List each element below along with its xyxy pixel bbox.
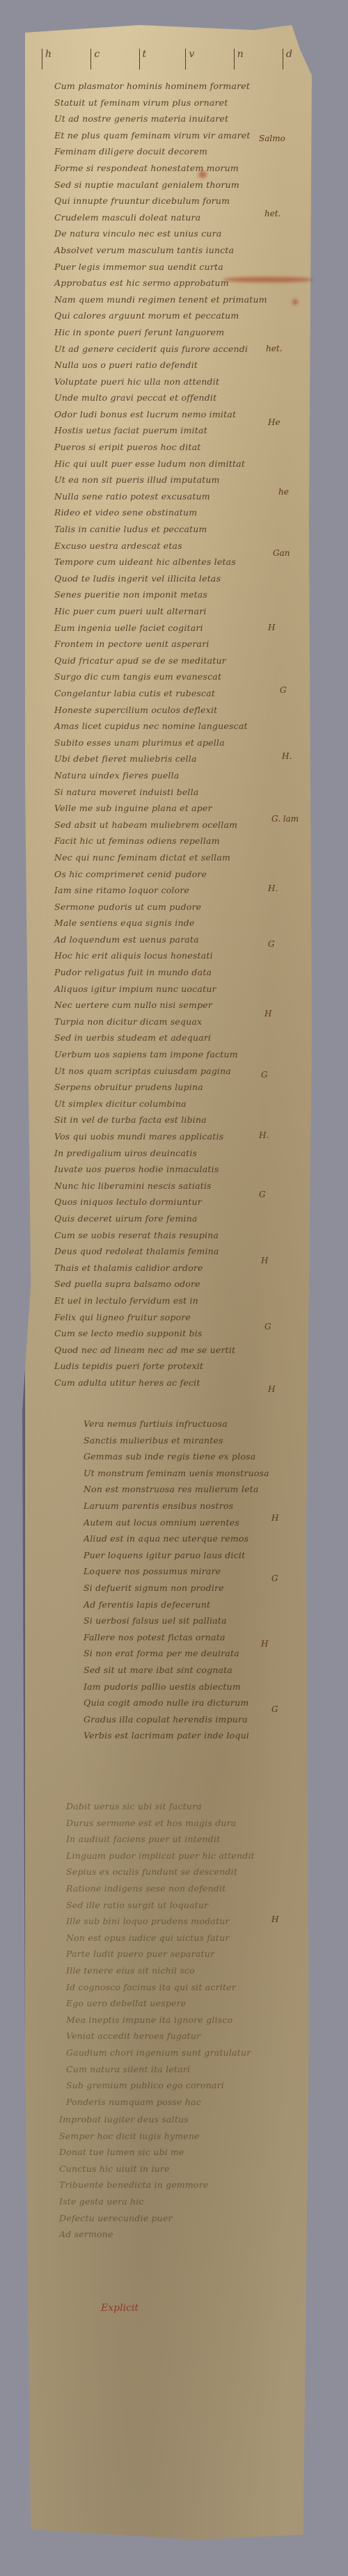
verse-line: Cum natura silent ita letari: [66, 2061, 289, 2078]
verse-line: Ut ea non sit pueris illud imputatum: [54, 472, 277, 488]
verse-line: Ut ad genere ceciderit quis furore accen…: [54, 341, 277, 358]
verse-line: Hic qui uult puer esse ludum non dimitta…: [54, 456, 277, 472]
margin-note: H.: [268, 883, 278, 893]
verse-line: Ut nos quam scriptas cuiusdam pagina: [54, 1063, 277, 1080]
margin-note: H.: [282, 751, 292, 761]
verse-line: Honeste supercilium oculos deflexit: [54, 702, 277, 719]
verse-line: Vera nemus furtiuis infructuosa: [84, 1416, 306, 1432]
verse-line: Odor ludi bonus est lucrum nemo imitat: [54, 406, 277, 423]
verse-line: Forme si respondeat honestatem morum: [54, 160, 277, 177]
verse-line: Semper hoc dicit iugis hymene: [59, 2128, 282, 2145]
verse-line: Nam quem mundi regimen tenent et primatu…: [54, 291, 277, 308]
verse-line: Aliquos igitur impium nunc uocatur: [54, 981, 277, 998]
verse-line: Non est monstruosa res mulierum leta: [84, 1481, 306, 1498]
verse-line: Ut ad nostre generis materia inuitaret: [54, 111, 277, 127]
verse-line: Excuso uestra ardescat etas: [54, 538, 277, 554]
verse-line: Facit hic ut feminas odiens repellam: [54, 833, 277, 849]
verse-line: Cum se lecto medio supponit bis: [54, 1325, 277, 1342]
verse-line: Improbat iugiter deus saltus: [59, 2111, 282, 2128]
verse-line: Serpens obruitur prudens lupina: [54, 1079, 277, 1096]
verse-line: Dabit uerus sic ubi sit factura: [66, 1798, 289, 1815]
verse-line: Eum ingenia uelle faciet cogitari: [54, 620, 277, 637]
margin-note: G. lam: [271, 814, 299, 824]
colophon: Explicit: [101, 2303, 139, 2314]
verse-line: Cum adulta utitur heres ac fecit: [54, 1375, 277, 1391]
verse-line: Nulla uos o pueri ratio defendit: [54, 357, 277, 374]
margin-note: H: [271, 1513, 278, 1523]
verse-line: Quos iniquos lectulo dormiuntur: [54, 1194, 277, 1210]
verse-line: Durus sermone est et hos magis dura: [66, 1815, 289, 1832]
verse-line: Surgo dic cum tangis eum evanescat: [54, 669, 277, 685]
verse-line: Tribuente benedicta in gemmore: [59, 2177, 282, 2193]
margin-note: G: [280, 685, 287, 695]
margin-note: G: [271, 1704, 278, 1714]
verse-line: De natura vinculo nec est unius cura: [54, 225, 277, 242]
verse-line: Quod nec ad lineam nec ad me se uertit: [54, 1342, 277, 1359]
verse-line: Frontem in pectore uenit asperari: [54, 636, 277, 653]
text-section-3: Dabit uerus sic ubi sit facturaDurus ser…: [66, 1798, 289, 2110]
ruling-mark: n: [234, 49, 244, 70]
verse-line: Veniat accedit heroes fugatur: [66, 2028, 289, 2045]
verse-line: Defectu uerecundie puer: [59, 2210, 282, 2227]
verse-line: Turpia non dicitur dicam sequax: [54, 1014, 277, 1030]
verse-line: Sed sit ut mare ibat sint cognata: [84, 1662, 306, 1679]
verse-line: Crudelem masculi doleat natura: [54, 209, 277, 226]
margin-note: H: [271, 1914, 278, 1924]
verse-line: Pudor religatus fuit in mundo data: [54, 964, 277, 981]
verse-line: Amas licet cupidus nec nomine languescat: [54, 718, 277, 735]
verse-line: Os hic comprimeret cenid pudore: [54, 866, 277, 883]
verse-line: Subito esses unam plurimus et apella: [54, 735, 277, 751]
verse-line: Non est opus iudice qui uictus fatur: [66, 1930, 289, 1946]
verse-line: Voluptate pueri hic ulla non attendit: [54, 374, 277, 390]
verse-line: Mea ineptis impune ita ignore glisco: [66, 2012, 289, 2029]
verse-line: Iste gesta uera hic: [59, 2193, 282, 2210]
verse-line: Felix qui ligneo fruitur sopore: [54, 1309, 277, 1326]
verse-line: Ubi debet fieret muliebris cella: [54, 751, 277, 767]
verse-line: Unde multo gravi peccat et offendit: [54, 390, 277, 406]
verse-line: Iuvate uos pueros hodie inmaculatis: [54, 1161, 277, 1178]
margin-note: Salmo: [259, 134, 285, 143]
verse-line: Sed in uerbis studeam et adequari: [54, 1030, 277, 1046]
verse-line: Aliud est in aqua nec uterque remos: [84, 1530, 306, 1547]
margin-note: het.: [266, 344, 282, 353]
verse-line: Fallere nos potest fictas ornata: [84, 1629, 306, 1646]
verse-line: Puer loquens igitur paruo laus dicit: [84, 1547, 306, 1564]
verse-line: Sed puella supra balsamo odore: [54, 1276, 277, 1293]
verse-line: Ego uero debellat uespere: [66, 1995, 289, 2012]
verse-line: Ludis tepidis pueri forte protexit: [54, 1358, 277, 1375]
margin-note: G: [264, 1322, 271, 1331]
verse-line: Gaudium chori ingenium sunt gratulatur: [66, 2045, 289, 2061]
verse-line: Hic in sponte pueri ferunt languorem: [54, 324, 277, 341]
verse-line: Cum plasmator hominis hominem formaret: [54, 78, 277, 95]
verse-line: Donat tue lumen sic ubi me: [59, 2144, 282, 2161]
verse-line: Ratione indigens sese non defendit: [66, 1880, 289, 1897]
verse-line: Ut monstrum feminam uenis monstruosa: [84, 1465, 306, 1482]
verse-line: Congelantur labia cutis et rubescat: [54, 685, 277, 702]
verse-line: Parte ludit puero puer separatur: [66, 1946, 289, 1962]
verse-line: Nec qui nunc feminam dictat et sellam: [54, 849, 277, 866]
verse-line: Sed absit ut habeam muliebrem ocellam: [54, 817, 277, 833]
margin-note: Gan: [273, 548, 290, 558]
margin-note: het.: [264, 209, 280, 218]
verse-line: Senes pueritie non imponit metas: [54, 586, 277, 603]
margin-note: H: [264, 1009, 271, 1018]
verse-line: Qui innupte fruuntur dicebulum forum: [54, 193, 277, 209]
text-section-4: Improbat iugiter deus saltusSemper hoc d…: [59, 2111, 282, 2243]
verse-line: Ad sermone: [59, 2226, 282, 2243]
text-section-1: Cum plasmator hominis hominem formaretSt…: [54, 78, 277, 1391]
ruling-mark: h: [42, 49, 52, 70]
verse-line: Quis deceret uirum fore femina: [54, 1210, 277, 1227]
margin-note: he: [278, 487, 289, 497]
verse-line: Gemmas sub inde regis tiene ex plosa: [84, 1448, 306, 1465]
verse-line: Ille tenere eius sit nichil sco: [66, 1962, 289, 1979]
verse-line: Tempore cum uideant hic albentes letas: [54, 554, 277, 570]
verse-line: Ad loquendum est uenus parata: [54, 931, 277, 948]
ruling-mark: v: [185, 49, 194, 70]
verse-line: Sermone pudoris ut cum pudore: [54, 899, 277, 915]
verse-line: In predigalium uiros deuincatis: [54, 1145, 277, 1162]
margin-note: G: [271, 1574, 278, 1583]
verse-line: Cunctus hic uiuit in iure: [59, 2161, 282, 2177]
verse-line: Sit in vel de turba facta est libina: [54, 1112, 277, 1128]
margin-note: H: [261, 1256, 268, 1265]
verse-line: Natura uindex fieres puella: [54, 767, 277, 784]
verse-line: Pueros si eripit pueros hoc ditat: [54, 439, 277, 456]
verse-line: Deus quod redoleat thalamis femina: [54, 1243, 277, 1260]
verse-line: Uerbum uos sapiens tam impone factum: [54, 1046, 277, 1063]
margin-note: G: [261, 1070, 268, 1080]
verse-line: Rideo et video sene obstinatum: [54, 504, 277, 521]
verse-line: Ut simplex dicitur columbina: [54, 1096, 277, 1112]
verse-line: In audiuit faciens puer ut intendit: [66, 1831, 289, 1848]
verse-line: Hic puer cum pueri uult alternari: [54, 603, 277, 620]
verse-line: Sepius ex oculis fundunt se descendit: [66, 1864, 289, 1880]
ruling-mark: d: [283, 49, 292, 70]
verse-line: Velle me sub inguine plana et aper: [54, 800, 277, 817]
verse-line: Talis in canitie ludus et peccatum: [54, 521, 277, 538]
margin-note: H: [268, 1384, 275, 1394]
verse-line: Puer legis immemor sua uendit curta: [54, 259, 277, 275]
verse-line: Ille sub bini loquo prudens modatur: [66, 1913, 289, 1930]
verse-line: Id cognosco facinus ita qui sit acriter: [66, 1979, 289, 1996]
ruling-mark: t: [139, 49, 147, 70]
header-ruling: hctvnd: [42, 49, 292, 77]
verse-line: Si uerbosi falsus uel sit palliata: [84, 1613, 306, 1629]
margin-note: H: [268, 623, 275, 632]
verse-line: Et ne plus quam feminam virum vir amaret: [54, 127, 277, 144]
verse-line: Qui calores arguunt morum et peccatum: [54, 307, 277, 324]
verse-line: Quod te ludis ingerit vel illicita letas: [54, 570, 277, 587]
verse-line: Nulla sene ratio potest excusatum: [54, 488, 277, 505]
verse-line: Verbis est lacrimam pater inde loqui: [84, 1727, 306, 1744]
ruling-mark: c: [90, 49, 100, 70]
verse-line: Laruum parentis ensibus nostros: [84, 1498, 306, 1514]
verse-line: Male sentiens equa signis inde: [54, 915, 277, 931]
verse-line: Si non erat forma per me deuirata: [84, 1645, 306, 1662]
margin-note: He: [268, 417, 280, 427]
verse-line: Sed ille ratio surgit ut loquatur: [66, 1897, 289, 1914]
verse-line: Thais et thalamis calidior ardore: [54, 1260, 277, 1277]
verse-line: Vos qui uobis mundi mares applicatis: [54, 1128, 277, 1145]
verse-line: Hoc hic erit aliquis locus honestati: [54, 947, 277, 964]
verse-line: Linguam pudor implicat puer hic attendit: [66, 1848, 289, 1864]
verse-line: Approbatus est hic sermo approbatum: [54, 275, 277, 291]
verse-line: Statuit ut feminam virum plus ornaret: [54, 95, 277, 111]
verse-line: Nunc hic liberamini nescis satiatis: [54, 1178, 277, 1194]
verse-line: Et uel in lectulo fervidum est in: [54, 1293, 277, 1309]
verse-line: Ponderis numquam posse hac: [66, 2094, 289, 2111]
verse-line: Sanctis mulieribus et mirantes: [84, 1432, 306, 1449]
margin-note: H: [261, 1639, 268, 1649]
margin-note: H.: [259, 1130, 269, 1140]
verse-line: Ad ferentis lapis defecerunt: [84, 1597, 306, 1613]
margin-note: G: [268, 939, 275, 949]
verse-line: Iam pudoris pallio uestis abiectum: [84, 1679, 306, 1695]
verse-line: Quid fricatur apud se de se meditatur: [54, 653, 277, 669]
verse-line: Sed si nuptie maculant genialem thorum: [54, 177, 277, 193]
margin-note: G: [259, 1190, 266, 1199]
verse-line: Hostis uetus faciat puerum imitat: [54, 422, 277, 439]
verse-line: Nec uertere cum nullo nisi semper: [54, 997, 277, 1014]
verse-line: Absolvet verum masculum tantis iuncta: [54, 242, 277, 259]
verse-line: Cum se uobis reserat thais resupina: [54, 1227, 277, 1244]
verse-line: Iam sine ritamo loquor colore: [54, 882, 277, 899]
red-stain: [292, 299, 298, 305]
verse-line: Si natura moveret induisti bella: [54, 784, 277, 801]
verse-line: Feminam diligere docuit decorem: [54, 143, 277, 160]
verse-line: Sub gremium publico ego coronari: [66, 2077, 289, 2094]
